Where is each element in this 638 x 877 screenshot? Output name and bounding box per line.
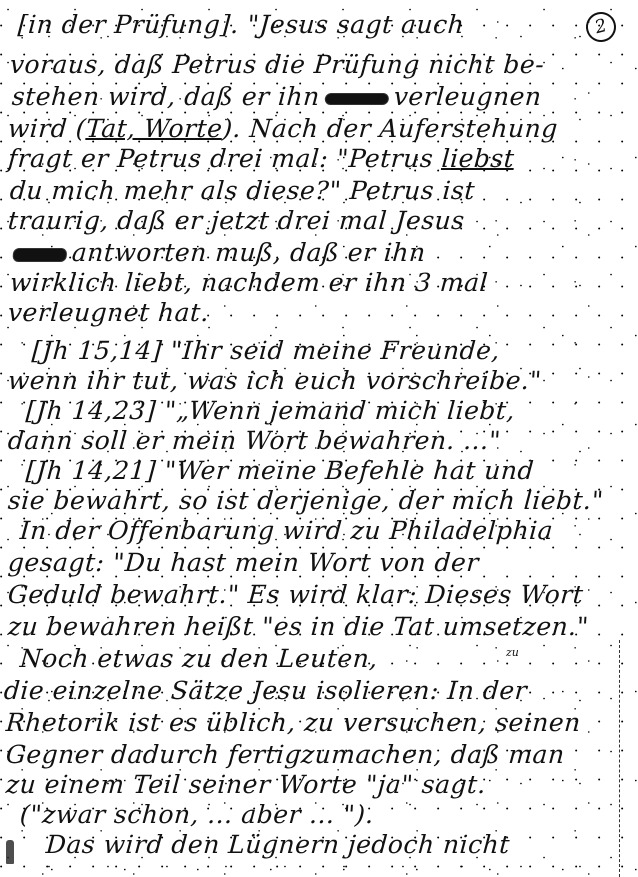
line-text: [Jh 14,23] "„Wenn jemand mich liebt,: [25, 396, 516, 425]
handwritten-line: fragt er Petrus drei mal: "Petrus liebst: [7, 144, 515, 173]
line-text: sie bewahrt, so ist derjenige, der mich …: [7, 486, 605, 515]
handwritten-line: ("zwar schon, ... aber ... ").: [19, 800, 375, 829]
crossed-out-word: [13, 249, 66, 261]
handwritten-line: Gegner dadurch fertigzumachen, daß man: [5, 740, 566, 769]
line-text: Noch etwas zu den Leuten,: [19, 644, 379, 673]
line-text: ("zwar schon, ... aber ... ").: [19, 800, 375, 829]
handwritten-line: In der Offenbarung wird zu Philadelphia: [19, 516, 554, 545]
line-text: fragt er Petrus drei mal: "Petrus: [7, 144, 443, 173]
handwritten-line: antworten muß, daß er ihn: [7, 238, 427, 267]
scan-edge-line: [619, 640, 620, 877]
handwritten-page: 2 [in der Prüfung]. "Jesus sagt auchvora…: [0, 0, 638, 877]
handwritten-line: [Jh 14,23] "„Wenn jemand mich liebt,: [25, 396, 516, 425]
line-text: gesagt: "Du hast mein Wort von der: [7, 548, 480, 577]
handwritten-line: dann soll er mein Wort bewahren. ...": [7, 426, 502, 455]
handwritten-line: zu bewahren heißt "es in die Tat umsetze…: [7, 612, 590, 641]
handwritten-line: wirklich liebt, nachdem er ihn 3 mal: [9, 268, 489, 297]
underlined-text: Tat, Worte: [85, 114, 223, 143]
line-text: ). Nach der Auferstehung: [221, 114, 558, 143]
handwritten-line: [in der Prüfung]. "Jesus sagt auch: [17, 10, 465, 39]
crossed-out-word: [325, 94, 388, 104]
line-text: voraus, daß Petrus die Prüfung nicht be-: [9, 50, 545, 79]
line-text: zu bewahren heißt "es in die Tat umsetze…: [7, 612, 590, 641]
handwritten-line: wird (Tat, Worte). Nach der Auferstehung: [7, 114, 559, 143]
line-text: zu einem Teil seiner Worte "ja" sagt.: [5, 770, 487, 799]
handwritten-line: voraus, daß Petrus die Prüfung nicht be-: [9, 50, 545, 79]
line-text: Das wird den Lügnern jedoch nicht: [45, 830, 511, 859]
scan-smudge: [6, 840, 14, 864]
line-text: wird (: [7, 114, 87, 143]
line-text: Gegner dadurch fertigzumachen, daß man: [5, 740, 566, 769]
handwritten-line: stehen wird, daß er ihnverleugnen: [11, 82, 543, 111]
handwritten-line: Rhetorik ist es üblich, zu versuchen, se…: [5, 708, 582, 737]
line-text: antworten muß, daß er ihn: [71, 238, 427, 267]
handwritten-line: zu einem Teil seiner Worte "ja" sagt.: [5, 770, 487, 799]
line-text: [in der Prüfung]. "Jesus sagt auch: [17, 10, 465, 39]
line-text: [Jh 15,14] "Ihr seid meine Freunde,: [31, 336, 501, 365]
line-text: du mich mehr als diese?" Petrus ist: [9, 176, 476, 205]
handwritten-line: [Jh 14,21] "Wer meine Befehle hat und: [25, 456, 535, 485]
line-text: verleugnen: [393, 82, 543, 111]
line-text: wenn ihr tut, was ich euch vorschreibe.": [7, 366, 543, 395]
line-text: die einzelne Sätze Jesu isolieren: In de…: [3, 676, 528, 705]
line-text: stehen wird, daß er ihn: [11, 82, 321, 111]
line-text: [Jh 14,21] "Wer meine Befehle hat und: [25, 456, 535, 485]
page-number-circle: 2: [583, 9, 620, 46]
handwritten-line: Das wird den Lügnern jedoch nicht: [45, 830, 511, 859]
line-text: In der Offenbarung wird zu Philadelphia: [19, 516, 554, 545]
line-text: Rhetorik ist es üblich, zu versuchen, se…: [5, 708, 582, 737]
line-text: dann soll er mein Wort bewahren. ...": [7, 426, 502, 455]
handwritten-line: du mich mehr als diese?" Petrus ist: [9, 176, 476, 205]
handwritten-line: sie bewahrt, so ist derjenige, der mich …: [7, 486, 605, 515]
insertion-mark: zu: [506, 646, 519, 659]
handwritten-line: [Jh 15,14] "Ihr seid meine Freunde,: [31, 336, 501, 365]
handwritten-line: traurig, daß er jetzt drei mal Jesus: [7, 206, 466, 235]
underlined-text: liebst: [441, 144, 516, 173]
handwritten-line: verleugnet hat.: [7, 298, 210, 327]
handwritten-line: gesagt: "Du hast mein Wort von der: [7, 548, 480, 577]
line-text: Geduld bewahrt." Es wird klar: Dieses Wo…: [7, 580, 584, 609]
handwritten-line: wenn ihr tut, was ich euch vorschreibe.": [7, 366, 543, 395]
handwritten-line: die einzelne Sätze Jesu isolieren: In de…: [3, 676, 528, 705]
handwritten-line: Geduld bewahrt." Es wird klar: Dieses Wo…: [7, 580, 584, 609]
line-text: wirklich liebt, nachdem er ihn 3 mal: [9, 268, 489, 297]
line-text: traurig, daß er jetzt drei mal Jesus: [7, 206, 466, 235]
line-text: verleugnet hat.: [7, 298, 210, 327]
handwritten-line: Noch etwas zu den Leuten,: [19, 644, 379, 673]
